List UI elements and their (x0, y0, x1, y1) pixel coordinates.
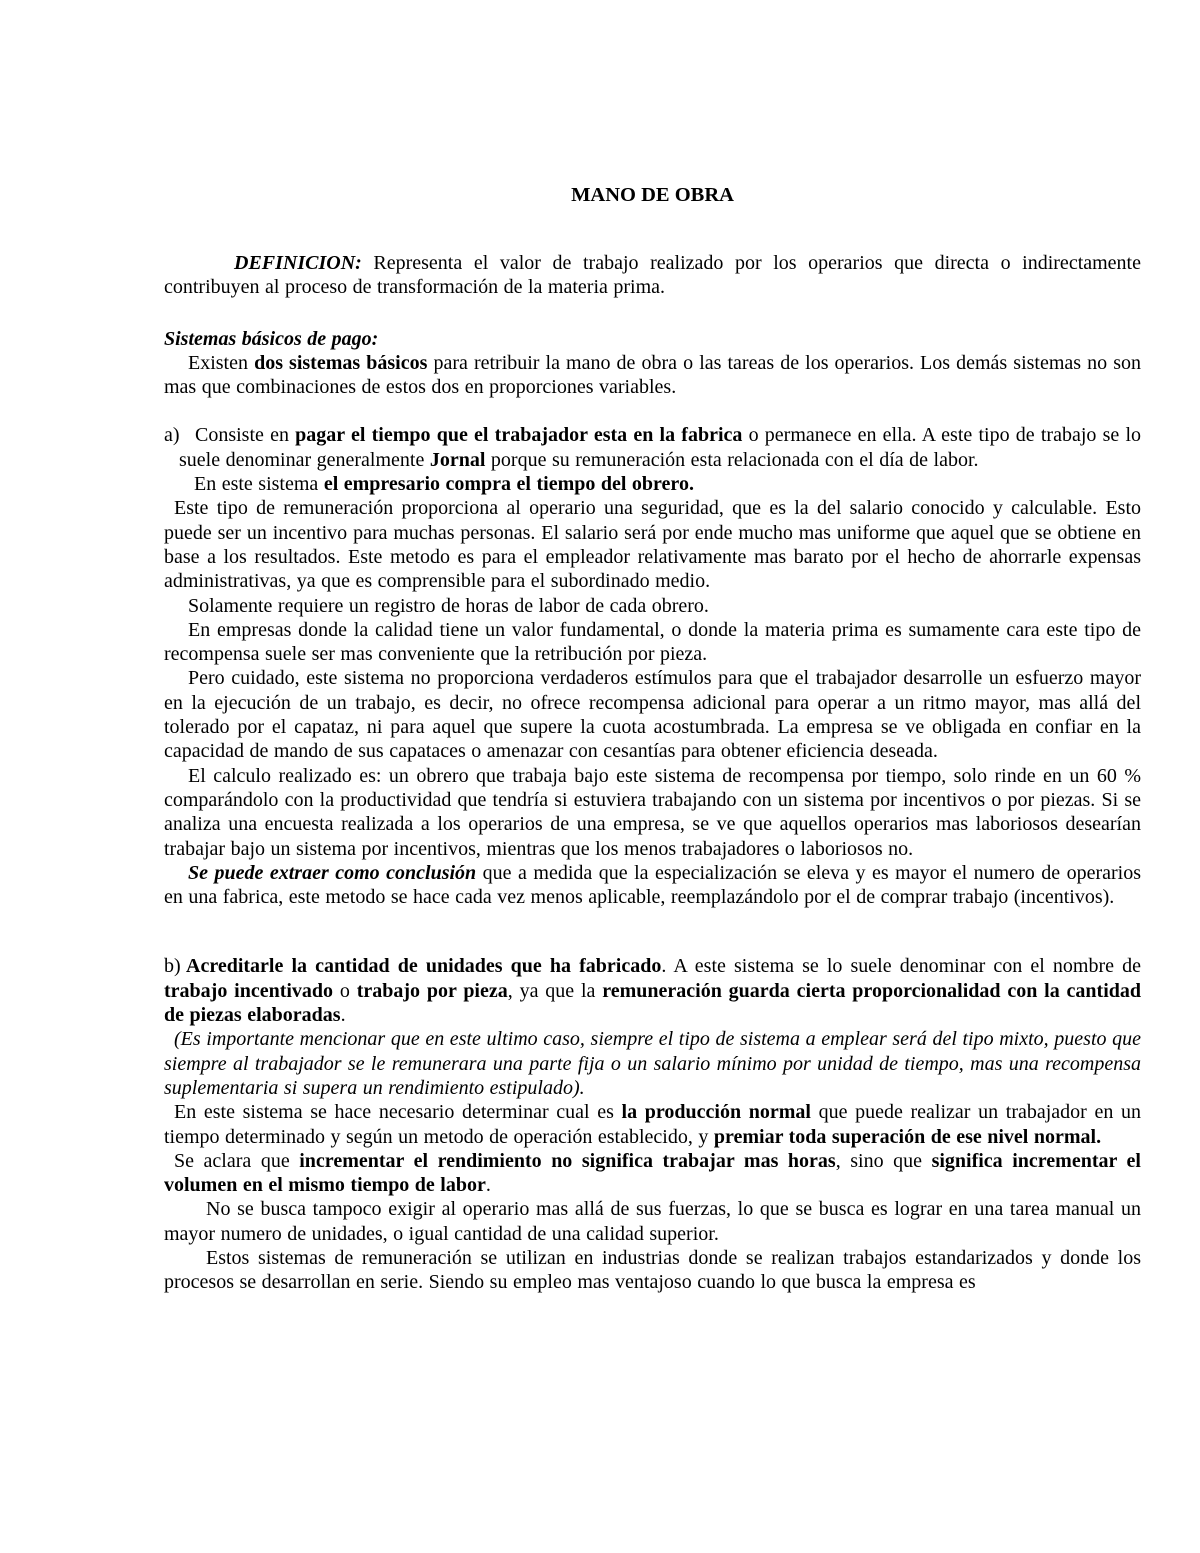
paragraph: Solamente requiere un registro de horas … (164, 594, 1141, 618)
text-run: (Es importante mencionar que en este ult… (164, 1028, 1141, 1099)
list-marker-b: b) (164, 954, 186, 978)
text-run: , ya que la (508, 980, 603, 1002)
paragraph: No se busca tampoco exigir al operario m… (164, 1197, 1141, 1246)
text-run: Acreditarle la cantidad de unidades que … (186, 955, 661, 977)
text-run: Se aclara que (174, 1150, 299, 1172)
text-run: trabajo incentivado (164, 980, 333, 1002)
text-run: el empresario compra el tiempo del obrer… (324, 473, 694, 495)
document-title: MANO DE OBRA (164, 182, 1141, 208)
text-run: pagar el tiempo que el trabajador esta e… (295, 424, 742, 446)
text-run: Estos sistemas de remuneración se utiliz… (164, 1247, 1141, 1293)
text-run: El calculo realizado es: un obrero que t… (164, 765, 1141, 860)
text-run: , sino que (836, 1150, 932, 1172)
paragraph: El calculo realizado es: un obrero que t… (164, 764, 1141, 861)
text-run: Sistemas básicos de pago: (164, 328, 378, 350)
paragraph: En este sistema se hace necesario determ… (164, 1100, 1141, 1149)
text-run: porque su remuneración esta relacionada … (485, 449, 978, 471)
text-run: dos sistemas básicos (254, 352, 427, 374)
paragraph: DEFINICION: Representa el valor de traba… (164, 251, 1141, 300)
paragraph: Existen dos sistemas básicos para retrib… (164, 351, 1141, 400)
text-run: o (333, 980, 357, 1002)
paragraph: Este tipo de remuneración proporciona al… (164, 496, 1141, 593)
text-run: Se puede extraer como conclusión (188, 862, 476, 884)
paragraph: (Es importante mencionar que en este ult… (164, 1027, 1141, 1100)
list-item-a: a)Consiste en pagar el tiempo que el tra… (164, 423, 1141, 472)
paragraph: Se puede extraer como conclusión que a m… (164, 861, 1141, 910)
text-run: En empresas donde la calidad tiene un va… (164, 619, 1141, 665)
text-run: Este tipo de remuneración proporciona al… (164, 497, 1141, 592)
text-run: . (486, 1174, 491, 1196)
text-run: Consiste en (195, 424, 295, 446)
paragraph: En este sistema el empresario compra el … (164, 472, 1141, 496)
text-run: trabajo por pieza (357, 980, 508, 1002)
document-body: DEFINICION: Representa el valor de traba… (164, 251, 1141, 1295)
list-marker-a: a) (164, 423, 195, 447)
text-run: Solamente requiere un registro de horas … (188, 595, 709, 617)
paragraph: Se aclara que incrementar el rendimiento… (164, 1149, 1141, 1198)
text-run: Existen (188, 352, 254, 374)
text-run: Pero cuidado, este sistema no proporcion… (164, 667, 1141, 762)
text-run: . (341, 1004, 346, 1026)
text-run: premiar toda superación de ese nivel nor… (714, 1126, 1101, 1148)
text-run: incrementar el rendimiento no significa … (299, 1150, 835, 1172)
document-page: MANO DE OBRA DEFINICION: Representa el v… (0, 0, 1200, 1553)
paragraph: Estos sistemas de remuneración se utiliz… (164, 1246, 1141, 1295)
section-heading: Sistemas básicos de pago: (164, 327, 1141, 351)
text-run: la producción normal (622, 1101, 811, 1123)
paragraph: Pero cuidado, este sistema no proporcion… (164, 666, 1141, 763)
text-run: DEFINICION: (234, 252, 362, 274)
text-run: . A este sistema se lo suele denominar c… (661, 955, 1141, 977)
paragraph: En empresas donde la calidad tiene un va… (164, 618, 1141, 667)
text-run: En este sistema (194, 473, 324, 495)
list-item-b: b)Acreditarle la cantidad de unidades qu… (164, 954, 1141, 1027)
text-run: No se busca tampoco exigir al operario m… (164, 1198, 1141, 1244)
text-run: En este sistema se hace necesario determ… (174, 1101, 622, 1123)
text-run: Jornal (430, 449, 486, 471)
